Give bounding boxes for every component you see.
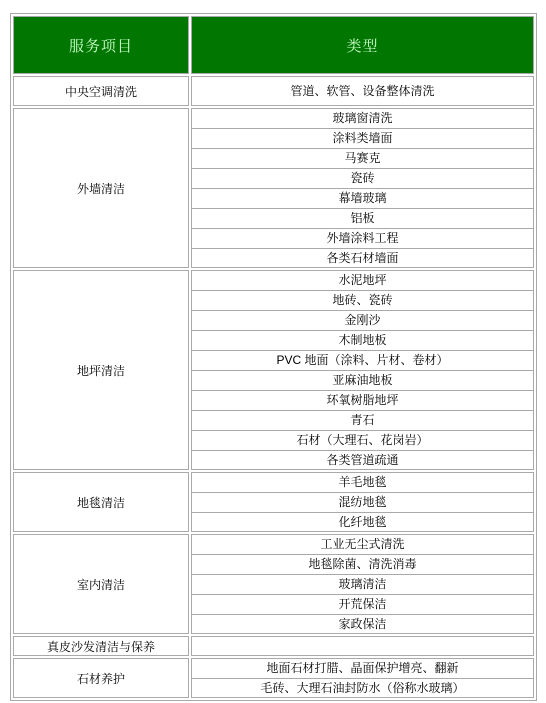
type-item: 涂料类墙面 [192,129,533,149]
type-item [192,637,533,655]
type-item: 外墙涂料工程 [192,229,533,249]
types-cell: 工业无尘式清洗地毯除菌、清洗消毒玻璃清洁开荒保洁家政保洁 [191,534,534,634]
category-cell: 真皮沙发清洁与保养 [13,636,189,656]
types-cell: 管道、软管、设备整体清洗 [191,76,534,106]
type-item: 地毯除菌、清洗消毒 [192,555,533,575]
category-cell: 室内清洁 [13,534,189,634]
type-item: 混纺地毯 [192,493,533,513]
category-cell: 地坪清洁 [13,270,189,470]
type-item: 木制地板 [192,331,533,351]
category-cell: 外墙清洁 [13,108,189,268]
type-item: 家政保洁 [192,615,533,633]
type-item: 工业无尘式清洗 [192,535,533,555]
type-item: 各类管道疏通 [192,451,533,469]
types-cell: 羊毛地毯混纺地毯化纤地毯 [191,472,534,532]
section-row: 外墙清洁玻璃窗清洗涂料类墙面马赛克瓷砖幕墙玻璃铝板外墙涂料工程各类石材墙面 [13,108,534,268]
section-row: 真皮沙发清洁与保养 [13,636,534,656]
type-item: 管道、软管、设备整体清洗 [192,77,533,105]
header-type: 类型 [191,16,534,74]
section-row: 室内清洁工业无尘式清洗地毯除菌、清洗消毒玻璃清洁开荒保洁家政保洁 [13,534,534,634]
type-item: 玻璃清洁 [192,575,533,595]
section-row: 石材养护地面石材打腊、晶面保护增亮、翻新毛砖、大理石油封防水（俗称水玻璃） [13,658,534,698]
types-cell: 水泥地坪地砖、瓷砖金刚沙木制地板PVC 地面（涂料、片材、卷材）亚麻油地板环氧树… [191,270,534,470]
section-row: 地毯清洁羊毛地毯混纺地毯化纤地毯 [13,472,534,532]
table-header: 服务项目 类型 [13,16,534,74]
type-item: 马赛克 [192,149,533,169]
services-table: 服务项目 类型 中央空调清洗管道、软管、设备整体清洗外墙清洁玻璃窗清洗涂料类墙面… [10,13,537,701]
category-cell: 地毯清洁 [13,472,189,532]
type-item: 地砖、瓷砖 [192,291,533,311]
type-item: 环氧树脂地坪 [192,391,533,411]
section-row: 地坪清洁水泥地坪地砖、瓷砖金刚沙木制地板PVC 地面（涂料、片材、卷材）亚麻油地… [13,270,534,470]
category-cell: 中央空调清洗 [13,76,189,106]
type-item: 玻璃窗清洗 [192,109,533,129]
type-item: 各类石材墙面 [192,249,533,267]
table-body: 中央空调清洗管道、软管、设备整体清洗外墙清洁玻璃窗清洗涂料类墙面马赛克瓷砖幕墙玻… [13,76,534,698]
type-item: 瓷砖 [192,169,533,189]
type-item: 羊毛地毯 [192,473,533,493]
header-row: 服务项目 类型 [13,16,534,74]
type-item: 石材（大理石、花岗岩） [192,431,533,451]
type-item: 毛砖、大理石油封防水（俗称水玻璃） [192,679,533,697]
type-item: 金刚沙 [192,311,533,331]
section-row: 中央空调清洗管道、软管、设备整体清洗 [13,76,534,106]
types-cell: 玻璃窗清洗涂料类墙面马赛克瓷砖幕墙玻璃铝板外墙涂料工程各类石材墙面 [191,108,534,268]
type-item: 幕墙玻璃 [192,189,533,209]
type-item: 水泥地坪 [192,271,533,291]
type-item: 化纤地毯 [192,513,533,531]
header-service-item: 服务项目 [13,16,189,74]
type-item: 开荒保洁 [192,595,533,615]
category-cell: 石材养护 [13,658,189,698]
type-item: 铝板 [192,209,533,229]
type-item: 地面石材打腊、晶面保护增亮、翻新 [192,659,533,679]
type-item: 青石 [192,411,533,431]
type-item: PVC 地面（涂料、片材、卷材） [192,351,533,371]
types-cell [191,636,534,656]
page: 服务项目 类型 中央空调清洗管道、软管、设备整体清洗外墙清洁玻璃窗清洗涂料类墙面… [0,0,546,703]
type-item: 亚麻油地板 [192,371,533,391]
types-cell: 地面石材打腊、晶面保护增亮、翻新毛砖、大理石油封防水（俗称水玻璃） [191,658,534,698]
